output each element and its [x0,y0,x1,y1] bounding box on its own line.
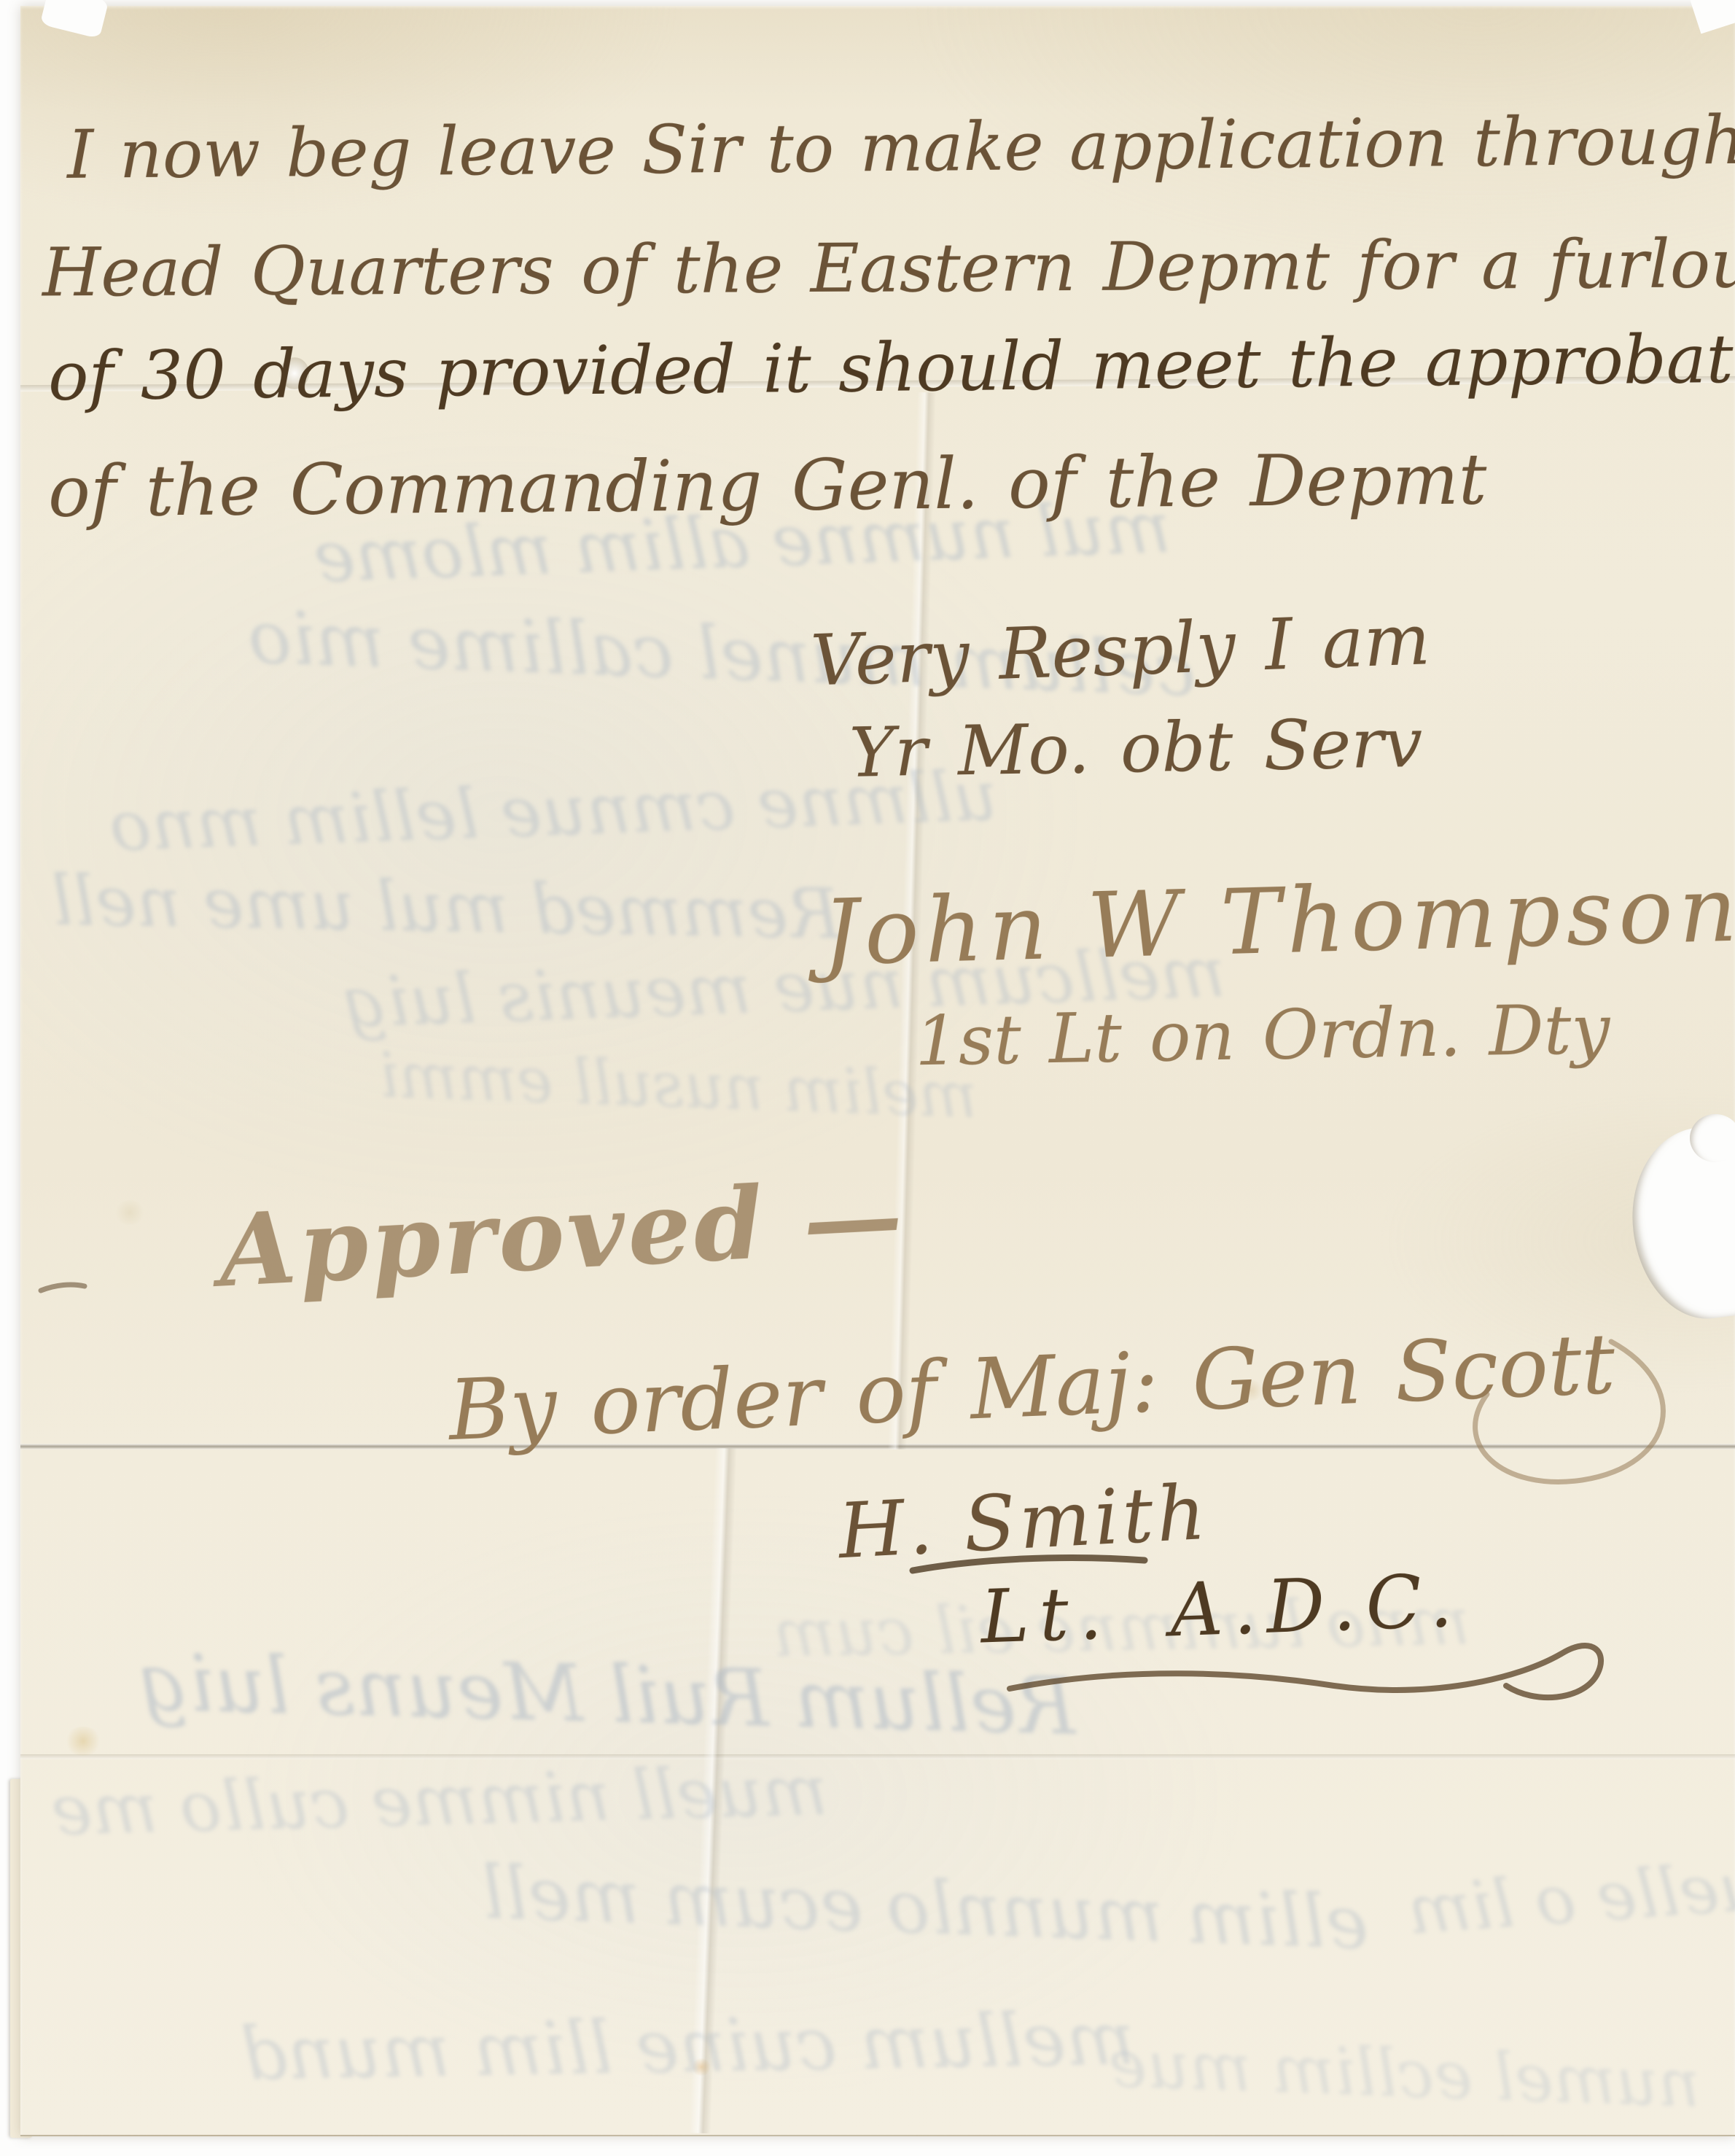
closing-line: Yr Mo. obt Serv [849,704,1423,793]
bleedthrough-line: mellum cuine llim mund [240,1996,1136,2096]
stain [64,1727,102,1756]
stain [114,1200,146,1225]
letter-body-line: of the Commanding Genl. of the Depmt [48,438,1487,532]
signature-title: 1st Lt on Ordn. Dty [914,990,1610,1082]
approval-signer-title: Lt. A.D.C. [979,1557,1464,1659]
fold-crease-horizontal-lower [20,1754,1735,1759]
bleedthrough-line: Remmed mul ume nell [50,861,841,955]
scanned-letter-background: mul numne allim mlome cellum munel calli… [0,0,1735,2156]
paper-tear-chip [1690,1114,1735,1162]
letter-body-line: I now beg leave Sir to make application … [67,100,1735,194]
letter-body-line: Head Quarters of the Eastern Depmt for a… [42,225,1735,312]
fold-crease-horizontal-main [20,1444,1735,1449]
